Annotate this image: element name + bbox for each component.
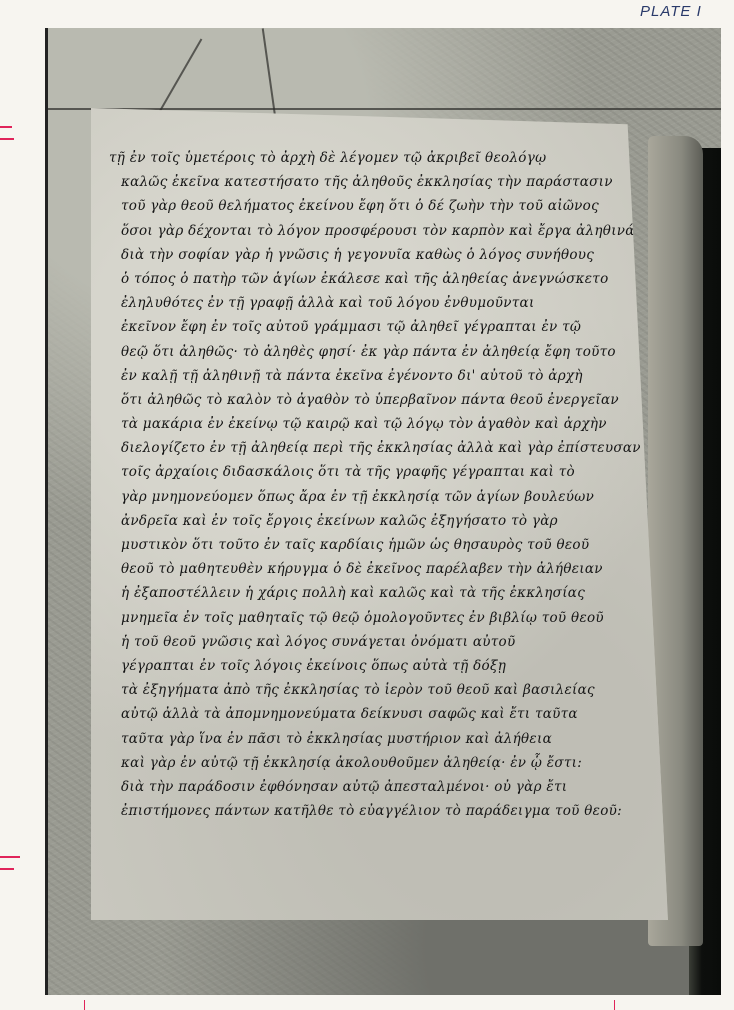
text-line: γέγραπται ἐν τοῖς λόγοις ἐκείνοις ὅπως α…: [121, 654, 661, 678]
manuscript-page: 2 τῇ ἐν τοῖς ὑμετέροις τὸ ἀρχὴ δὲ λέγομε…: [91, 108, 668, 920]
photograph: 2 τῇ ἐν τοῖς ὑμετέροις τὸ ἀρχὴ δὲ λέγομε…: [45, 28, 721, 995]
text-line: μνημεῖα ἐν τοῖς μαθηταῖς τῷ θεῷ ὁμολογοῦ…: [121, 606, 661, 630]
text-line: ἡ ἐξαποστέλλειν ἡ χάρις πολλὴ καὶ καλῶς …: [121, 581, 661, 605]
text-line: τὰ ἐξηγήματα ἀπὸ τῆς ἐκκλησίας τὸ ἱερὸν …: [121, 678, 661, 702]
margin-mark-top-2: [0, 138, 14, 140]
text-line: ἐν καλῇ τῇ ἀληθινῇ τὰ πάντα ἐκεῖνα ἐγένο…: [121, 364, 661, 388]
margin-mark-top: [0, 126, 12, 128]
stone-crack: [156, 39, 203, 118]
text-line: θεῷ ὅτι ἀληθῶς· τὸ ἀληθὲς φησί· ἐκ γὰρ π…: [121, 340, 661, 364]
text-line: ταῦτα γὰρ ἵνα ἐν πᾶσι τὸ ἐκκλησίας μυστή…: [121, 727, 661, 751]
text-line: ἡ τοῦ θεοῦ γνῶσις καὶ λόγος συνάγεται ὀν…: [121, 630, 661, 654]
text-line: τοῦ γὰρ θεοῦ θελήματος ἐκείνου ἔφη ὅτι ὁ…: [121, 194, 661, 218]
tick-mark-right: [614, 1000, 615, 1010]
plate-label: PLATE I: [640, 3, 702, 20]
text-line: τὰ μακάρια ἐν ἐκείνῳ τῷ καιρῷ καὶ τῷ λόγ…: [121, 412, 661, 436]
text-line: ὅτι ἀληθῶς τὸ καλὸν τὸ ἀγαθὸν τὸ ὑπερβαῖ…: [121, 388, 661, 412]
text-line: ὁ τόπος ὁ πατὴρ τῶν ἁγίων ἐκάλεσε καὶ τῆ…: [121, 267, 661, 291]
text-line: αὐτῷ ἀλλὰ τὰ ἀπομνημονεύματα δείκνυσι σα…: [121, 702, 661, 726]
text-line: διὰ τὴν σοφίαν γὰρ ἡ γνῶσις ἡ γεγονυῖα κ…: [121, 243, 661, 267]
stone-crack: [262, 28, 277, 117]
text-line: τῇ ἐν τοῖς ὑμετέροις τὸ ἀρχὴ δὲ λέγομεν …: [109, 146, 661, 170]
text-line: ὅσοι γὰρ δέχονται τὸ λόγον προσφέρουσι τ…: [121, 219, 661, 243]
text-line: ἀνδρεῖα καὶ ἐν τοῖς ἔργοις ἐκείνων καλῶς…: [121, 509, 661, 533]
text-line: ἐκεῖνον ἔφη ἐν τοῖς αὐτοῦ γράμμασι τῷ ἀλ…: [121, 315, 661, 339]
text-line: διὰ τὴν παράδοσιν ἐφθόνησαν αὐτῷ ἀπεσταλ…: [121, 775, 661, 799]
text-line: μυστικὸν ὅτι τοῦτο ἐν ταῖς καρδίαις ἡμῶν…: [121, 533, 661, 557]
text-line: θεοῦ τὸ μαθητευθὲν κήρυγμα ὁ δὲ ἐκεῖνος …: [121, 557, 661, 581]
tick-mark-left: [84, 1000, 85, 1010]
page-number: 2: [636, 120, 645, 136]
manuscript-text: τῇ ἐν τοῖς ὑμετέροις τὸ ἀρχὴ δὲ λέγομεν …: [121, 146, 661, 823]
text-line: καλῶς ἐκεῖνα κατεστήσατο τῆς ἀληθοῦς ἐκκ…: [121, 170, 661, 194]
text-line: γὰρ μνημονεύομεν ὅπως ἄρα ἐν τῇ ἐκκλησίᾳ…: [121, 485, 661, 509]
margin-mark-bottom-2: [0, 868, 14, 870]
text-line: ἐληλυθότες ἐν τῇ γραφῇ ἀλλὰ καὶ τοῦ λόγο…: [121, 291, 661, 315]
text-line: ἐπιστήμονες πάντων κατῆλθε τὸ εὐαγγέλιον…: [121, 799, 661, 823]
stone-crack: [48, 108, 721, 110]
margin-mark-bottom: [0, 856, 20, 858]
text-line: καὶ γὰρ ἐν αὐτῷ τῇ ἐκκλησίᾳ ἀκολουθοῦμεν…: [121, 751, 661, 775]
text-line: τοῖς ἀρχαίοις διδασκάλοις ὅτι τὰ τῆς γρα…: [121, 460, 661, 484]
text-line: διελογίζετο ἐν τῇ ἀληθείᾳ περὶ τῆς ἐκκλη…: [121, 436, 661, 460]
